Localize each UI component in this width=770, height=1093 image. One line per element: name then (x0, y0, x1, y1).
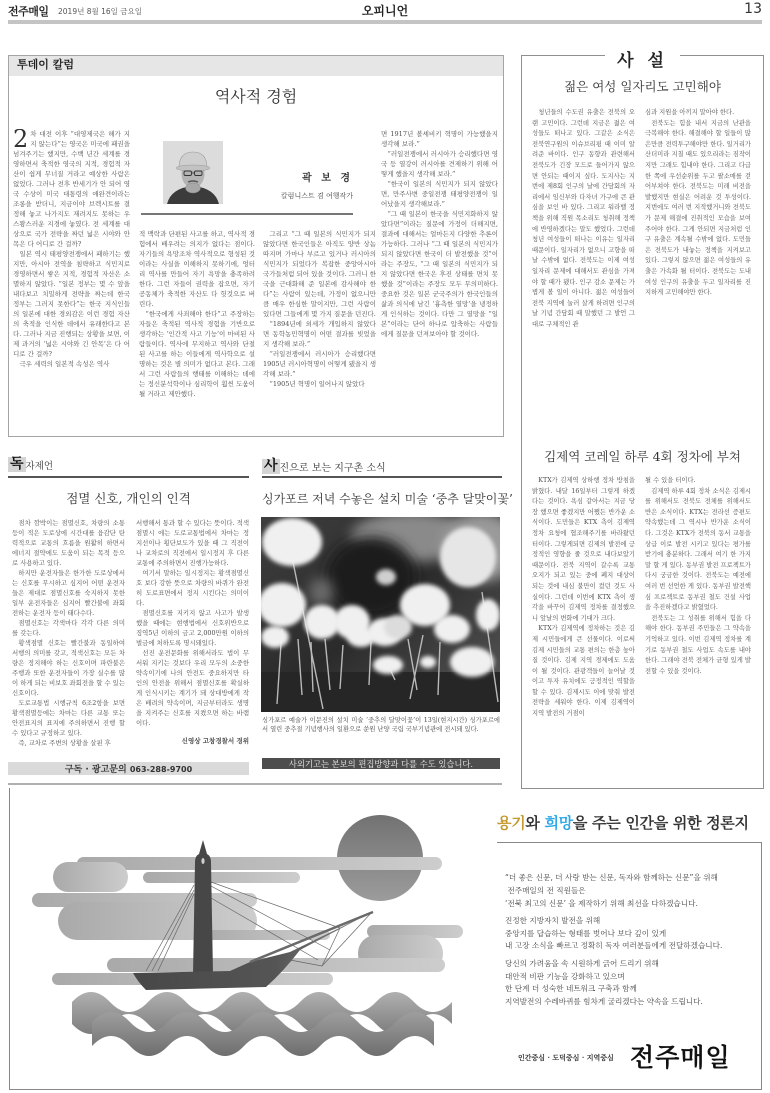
paragraph: 서행해서 통과 할 수 있다는 뜻이다. 적색 점멸시 에는 도로교통법에서 차… (136, 518, 249, 568)
ad-headline-hope: 희망 (545, 814, 573, 832)
paragraph: 청년들의 수도권 유출은 전북의 오랜 고민이다. 그런데 지금은 젊은 여성들… (532, 108, 635, 330)
paragraph: “1905년 혁명이 일어나지 않았다 (263, 379, 376, 389)
ad-line: 중앙지를 답습하는 형태를 벗어나 보다 깊이 있게 (505, 928, 760, 941)
paragraph: 점차 깜박이는 점멸신호, 차량의 소통 등이 적은 도로상에 시간대를 융감단… (12, 518, 125, 568)
today-column-label: 투데이 칼럼 (17, 56, 74, 72)
paragraph: 김제역 하루 4회 정차 소식은 김제시를 위해서도 전북도 전체를 위해서도 … (645, 487, 751, 614)
paragraph: 도로교통법 시행규칙 6조2항을 보면 황색점멸등에는 차마는 다른 교통 또는… (12, 698, 125, 738)
today-column-box: 투데이 칼럼 역사적 경험 2 차 대전 이후 “대영제국은 해가 지지 않는다… (8, 55, 504, 437)
author-role: 칼럼니스트 겸 여행작가 (209, 191, 353, 201)
reader-opinion-text-col-2: 서행해서 통과 할 수 있다는 뜻이다. 적색 점멸시 에는 도로교통법에서 차… (136, 518, 249, 734)
editorial-label: 사 설 (522, 46, 763, 71)
subscription-phone: 063-288-9700 (130, 765, 192, 774)
paragraph: 선진 운전문화를 위해서라도 법이 무서워 지키는 것보다 우리 모두의 소중한… (136, 648, 249, 728)
ad-headline-rest: 을 주는 인간을 위한 정론지 (573, 814, 749, 832)
editorial-box: 사 설 젊은 여성 일자리도 고민해야 청년들의 수도권 유출은 전북의 오랜 … (521, 55, 764, 789)
editorial-label-text: 사 설 (605, 51, 680, 71)
ad-slogan: 인간중심 · 도덕중심 · 지역중심 (518, 1053, 614, 1063)
newspaper-logo: 전주매일 (630, 1038, 731, 1074)
reader-opinion-label: 독자제언 (8, 457, 53, 472)
paragraph: 하지만 운전자들은 한가한 도로상에서는 신호를 무시하고 심지어 어떤 운전자… (12, 568, 125, 618)
paragraph: 점멸신호는 각색마다 각각 다른 의미를 갖는다. (12, 618, 125, 638)
paragraph: 전북도는 그 성취를 위해서 힘을 다해야 한다. 동부권 주민들은 그 약속을… (645, 614, 751, 678)
world-photo-label-initial: 사 (262, 459, 280, 474)
ad-headline-courage: 용기 (497, 814, 525, 832)
paragraph: “1894년에 외세가 개입하지 않았다면 동학농민혁명이 어떤 결과를 빚었을… (263, 319, 376, 349)
paragraph: “한국에게 사죄해야 한다”고 주장하는 자들은 축적된 역사적 경험을 기반으… (139, 309, 255, 399)
editorial-1-text-col-2: 심과 지원을 아끼지 말아야 한다. 전북도는 힘을 내서 지금의 난관을 극복… (645, 108, 751, 436)
ad-body: “더 좋은 신문, 더 사랑 받는 신문, 독자와 함께하는 신문”을 위해 전… (505, 872, 760, 1013)
reader-opinion-text-col-1: 점차 깜박이는 점멸신호, 차량의 소통 등이 적은 도로상에 시간대를 융감단… (12, 518, 125, 746)
editorial-1-headline: 젊은 여성 일자리도 고민해야 (522, 77, 763, 95)
ad-paragraph: 당신의 가려움을 속 시원하게 긁어 드리기 위해 대안적 비판 기능을 강화하… (505, 958, 760, 1009)
reader-opinion-label-rest: 자제언 (26, 461, 54, 472)
masthead-section-title: 오피니언 (340, 2, 430, 19)
today-column-header: 투데이 칼럼 (9, 56, 503, 76)
reader-opinion-byline: 신영상 고창경찰서 경위 (120, 736, 249, 745)
today-column-text-col-3: 그리고 “그 때 일본의 식민지가 되지 않았다면 한국인들은 아직도 양반 상… (263, 229, 376, 436)
masthead-page-number: 13 (722, 1, 762, 17)
masthead-paper-name: 전주매일 (8, 3, 49, 19)
paragraph: 즉, 교차로 주변의 상황을 살핀 후 (12, 738, 125, 746)
editorial-2-text-col-1: KTX가 김제역 상하행 정차 방침을 밝혔다. 내달 16일부터 그렇게 하겠… (532, 476, 635, 784)
illuminated-flower-installation-photo-icon (261, 517, 500, 712)
world-photo-label-rest: 진으로 보는 지구촌 소식 (280, 463, 386, 474)
section-separator (8, 783, 502, 785)
subscription-band: 구독 · 광고문의 063-288-9700 (8, 762, 249, 775)
reader-opinion-rule (8, 476, 249, 478)
ad-line: 대안적 비판 기능을 강화하고 있으며 (505, 971, 760, 984)
author-name: 곽 보 경 (233, 169, 353, 184)
ad-line: “더 좋은 신문, 더 사랑 받는 신문, 독자와 함께하는 신문”을 위해 (505, 872, 760, 885)
ad-line: 진정한 지방자치 발전을 위해 (505, 915, 760, 928)
paragraph: 그리고 “그 때 일본의 식민지가 되지 않았다면 한국인들은 아직도 양반 상… (263, 229, 376, 319)
subscription-label: 구독 · 광고문의 (65, 765, 127, 775)
ad-frame-right (761, 842, 762, 1090)
ad-paragraph: 진정한 지방자치 발전을 위해 중앙지를 답습하는 형태를 벗어나 보다 깊이 … (505, 915, 760, 953)
byline-divider (141, 213, 353, 215)
reader-opinion-headline: 점멸 신호, 개인의 인격 (8, 489, 249, 507)
editorial-2-headline: 김제역 코레일 하루 4회 정차에 부쳐 (522, 447, 763, 465)
external-contribution-notice: 사외기고는 본보의 편집방향과 다를 수도 있습니다. (262, 758, 500, 769)
paragraph: “러일전쟁에서 러시아가 승리했다면 1905년 러시아혁명이 어떻게 됐을지 … (263, 349, 376, 379)
masthead-date: 2019년 8월 16일 금요일 (58, 6, 142, 17)
ad-line: 지역발전의 수레바퀴를 힘차게 굴리겠다는 약속을 드립니다. (505, 996, 760, 1009)
ad-headline-and: 와 (525, 814, 544, 832)
today-column-text-col-2: 적 맥락과 단편된 사고를 하고, 역사적 경험에서 배우려는 의지가 없다는 … (139, 229, 255, 436)
paragraph: 적 맥락과 단편된 사고를 하고, 역사적 경험에서 배우려는 의지가 없다는 … (139, 229, 255, 309)
today-column-text-col-4: 면 1917년 볼셰비키 혁명이 가능했을지 생각해 보라.” “러일전쟁에서 … (381, 129, 498, 434)
waves-icon (72, 992, 452, 1056)
paragraph: 면 1917년 볼셰비키 혁명이 가능했을지 생각해 보라.” (381, 129, 498, 149)
paragraph: 황색점멸 신호는 빨간불과 동일하여 서행의 의미를 갖고, 적색신호는 모든 … (12, 638, 125, 698)
paragraph: KTX가 김제역 상하행 정차 방침을 밝혔다. 내달 16일부터 그렇게 하겠… (532, 476, 635, 624)
paragraph: “그 때 일본이 한국을 식민지화하지 않았다면”이라는 질문에 가정이 더해지… (381, 209, 498, 339)
ad-line: 전주매일의 전 직원들은 (505, 885, 760, 898)
ad-headline-rule (497, 842, 762, 843)
paragraph: 극우 세력의 일본적 속성은 역사 (13, 359, 130, 369)
world-photo-caption: 싱가포르 예술가 이문진의 설치 미술 ‘중추의 달맞이꽃’이 13일(현지시간… (262, 717, 500, 734)
editorial-2-text-col-2: 될 수 있을 터이다. 김제역 하루 4회 정차 소식은 김제시를 위해서도 전… (645, 476, 751, 784)
world-photo-rule (262, 476, 502, 478)
ad-line: 당신의 가려움을 속 시원하게 긁어 드리기 위해 (505, 958, 760, 971)
ad-paragraph: “더 좋은 신문, 더 사랑 받는 신문, 독자와 함께하는 신문”을 위해 전… (505, 872, 760, 910)
paragraph: 점멸신호를 지키지 않고 사고가 발생했을 때에는 현행법에서 신호위반으로 징… (136, 608, 249, 648)
today-column-title: 역사적 경험 (9, 84, 503, 107)
editorial-1-text-col-1: 청년들의 수도권 유출은 전북의 오랜 고민이다. 그런데 지금은 젊은 여성들… (532, 108, 635, 436)
ad-line: 한 단계 더 성숙한 네트워크 구축과 함께 (505, 983, 760, 996)
paragraph: 차 대전 이후 “대영제국은 해가 지지 않는다”는 영국은 미국에 패권을 넘… (13, 129, 130, 249)
world-photo-label: 사진으로 보는 지구촌 소식 (262, 459, 386, 474)
today-column-text-col-1: 2 차 대전 이후 “대영제국은 해가 지지 않는다”는 영국은 미국에 패권을… (13, 129, 130, 434)
paragraph: “러일전쟁에서 러시아가 승리했다면 영국 등 열강이 러시아를 견제하기 위해… (381, 149, 498, 179)
paragraph: KTX가 김제역에 정차하는 것은 김제 시민들에게 큰 선물이다. 이로써 김… (532, 624, 635, 719)
masthead-divider (8, 20, 762, 24)
ad-line: ‘전북 최고의 신문’ 을 제작하기 위해 최선을 다하겠습니다. (505, 898, 760, 911)
reader-opinion-label-initial: 독 (8, 457, 26, 472)
paragraph: 심과 지원을 아끼지 말아야 한다. (645, 108, 751, 119)
ad-headline: 용기와 희망을 주는 인간을 위한 정론지 (497, 812, 749, 833)
paragraph: “한국이 일본의 식민지가 되지 않았다면, 만주사변 중일전쟁 태평양전쟁이 … (381, 179, 498, 209)
paragraph: 여기서 말하는 일시정지는 황색점멸신호 보다 강한 뜻으로 차량의 바퀴가 완… (136, 568, 249, 608)
world-photo-headline: 싱가포르 저녁 수놓은 설치 미술 ‘중추 달맞이꽃’ (262, 490, 502, 507)
paragraph: 전북도는 힘을 내서 지금의 난관을 극복해야 한다. 해결해야 할 일들이 많… (645, 119, 751, 299)
ad-line: 내 고장 소식을 빠르고 정확히 독자 여러분들에게 전달하겠습니다. (505, 940, 760, 953)
paragraph: 일본 역시 태평양전쟁에서 패하기는 했지만, 아시아 전역을 침략하고 식민지… (13, 249, 130, 359)
paragraph: 될 수 있을 터이다. (645, 476, 751, 487)
drop-cap: 2 (13, 129, 28, 149)
lighthouse-pen-ship-illustration-icon (0, 790, 500, 1090)
